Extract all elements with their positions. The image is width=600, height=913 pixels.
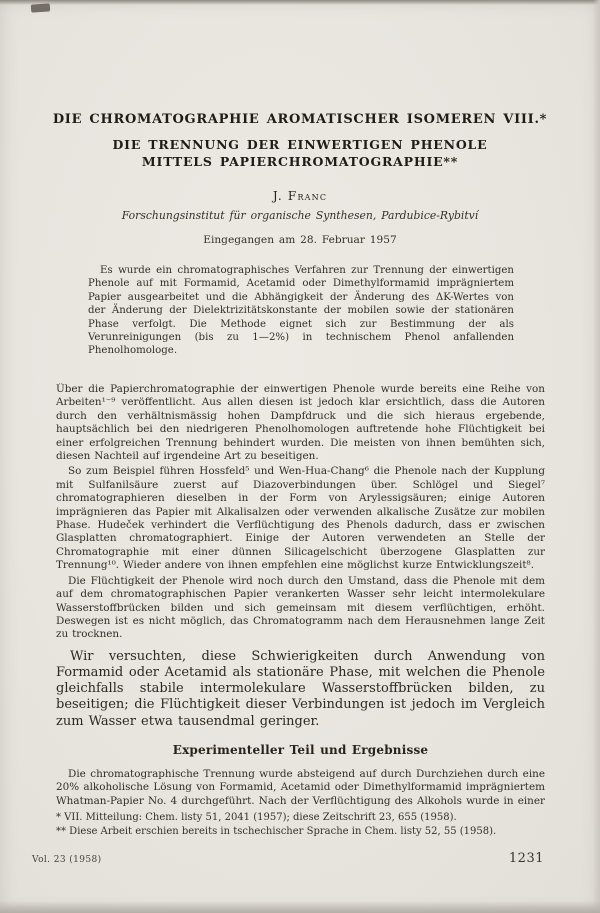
experimental-paragraph-1: Die chromatographische Trennung wurde ab… <box>56 768 545 807</box>
scan-edge-right <box>593 0 600 913</box>
article-title-line1: DIE CHROMATOGRAPHIE AROMATISCHER ISOMERE… <box>30 112 570 127</box>
article-body: Über die Papierchromatographie der einwe… <box>56 383 545 807</box>
abstract-text: Es wurde ein chromatographisches Verfahr… <box>88 264 514 358</box>
scan-artifact-mark <box>31 3 51 12</box>
scan-edge-top <box>0 0 600 5</box>
footnote-1: * VII. Mitteilung: Chem. listy 51, 2041 … <box>56 811 545 825</box>
volume-label: Vol. 23 (1958) <box>32 855 102 865</box>
body-paragraph-3: Die Flüchtigkeit der Phenole wird noch d… <box>56 575 545 642</box>
body-paragraph-1: Über die Papierchromatographie der einwe… <box>56 383 545 463</box>
author-affiliation: Forschungsinstitut für organische Synthe… <box>0 209 600 222</box>
received-date: Eingegangen am 28. Februar 1957 <box>0 234 600 246</box>
page-number: 1231 <box>509 851 544 866</box>
body-paragraph-2: So zum Beispiel führen Hossfeld⁵ und Wen… <box>56 465 545 572</box>
scanned-journal-page: DIE CHROMATOGRAPHIE AROMATISCHER ISOMERE… <box>0 0 600 913</box>
article-title: DIE CHROMATOGRAPHIE AROMATISCHER ISOMERE… <box>30 112 570 170</box>
section-heading-experimental: Experimenteller Teil und Ergebnisse <box>56 743 545 757</box>
footnotes: * VII. Mitteilung: Chem. listy 51, 2041 … <box>56 811 545 839</box>
footnote-2: ** Diese Arbeit erschien bereits in tsch… <box>56 825 545 839</box>
scan-edge-bottom <box>0 901 600 913</box>
author-name: J. Franc <box>0 189 600 203</box>
article-title-line3: MITTELS PAPIERCHROMATOGRAPHIE** <box>30 153 570 170</box>
emphasis-paragraph: Wir versuchten, diese Schwierigkeiten du… <box>56 649 545 730</box>
article-title-line2: DIE TRENNUNG DER EINWERTIGEN PHENOLE <box>30 136 570 153</box>
